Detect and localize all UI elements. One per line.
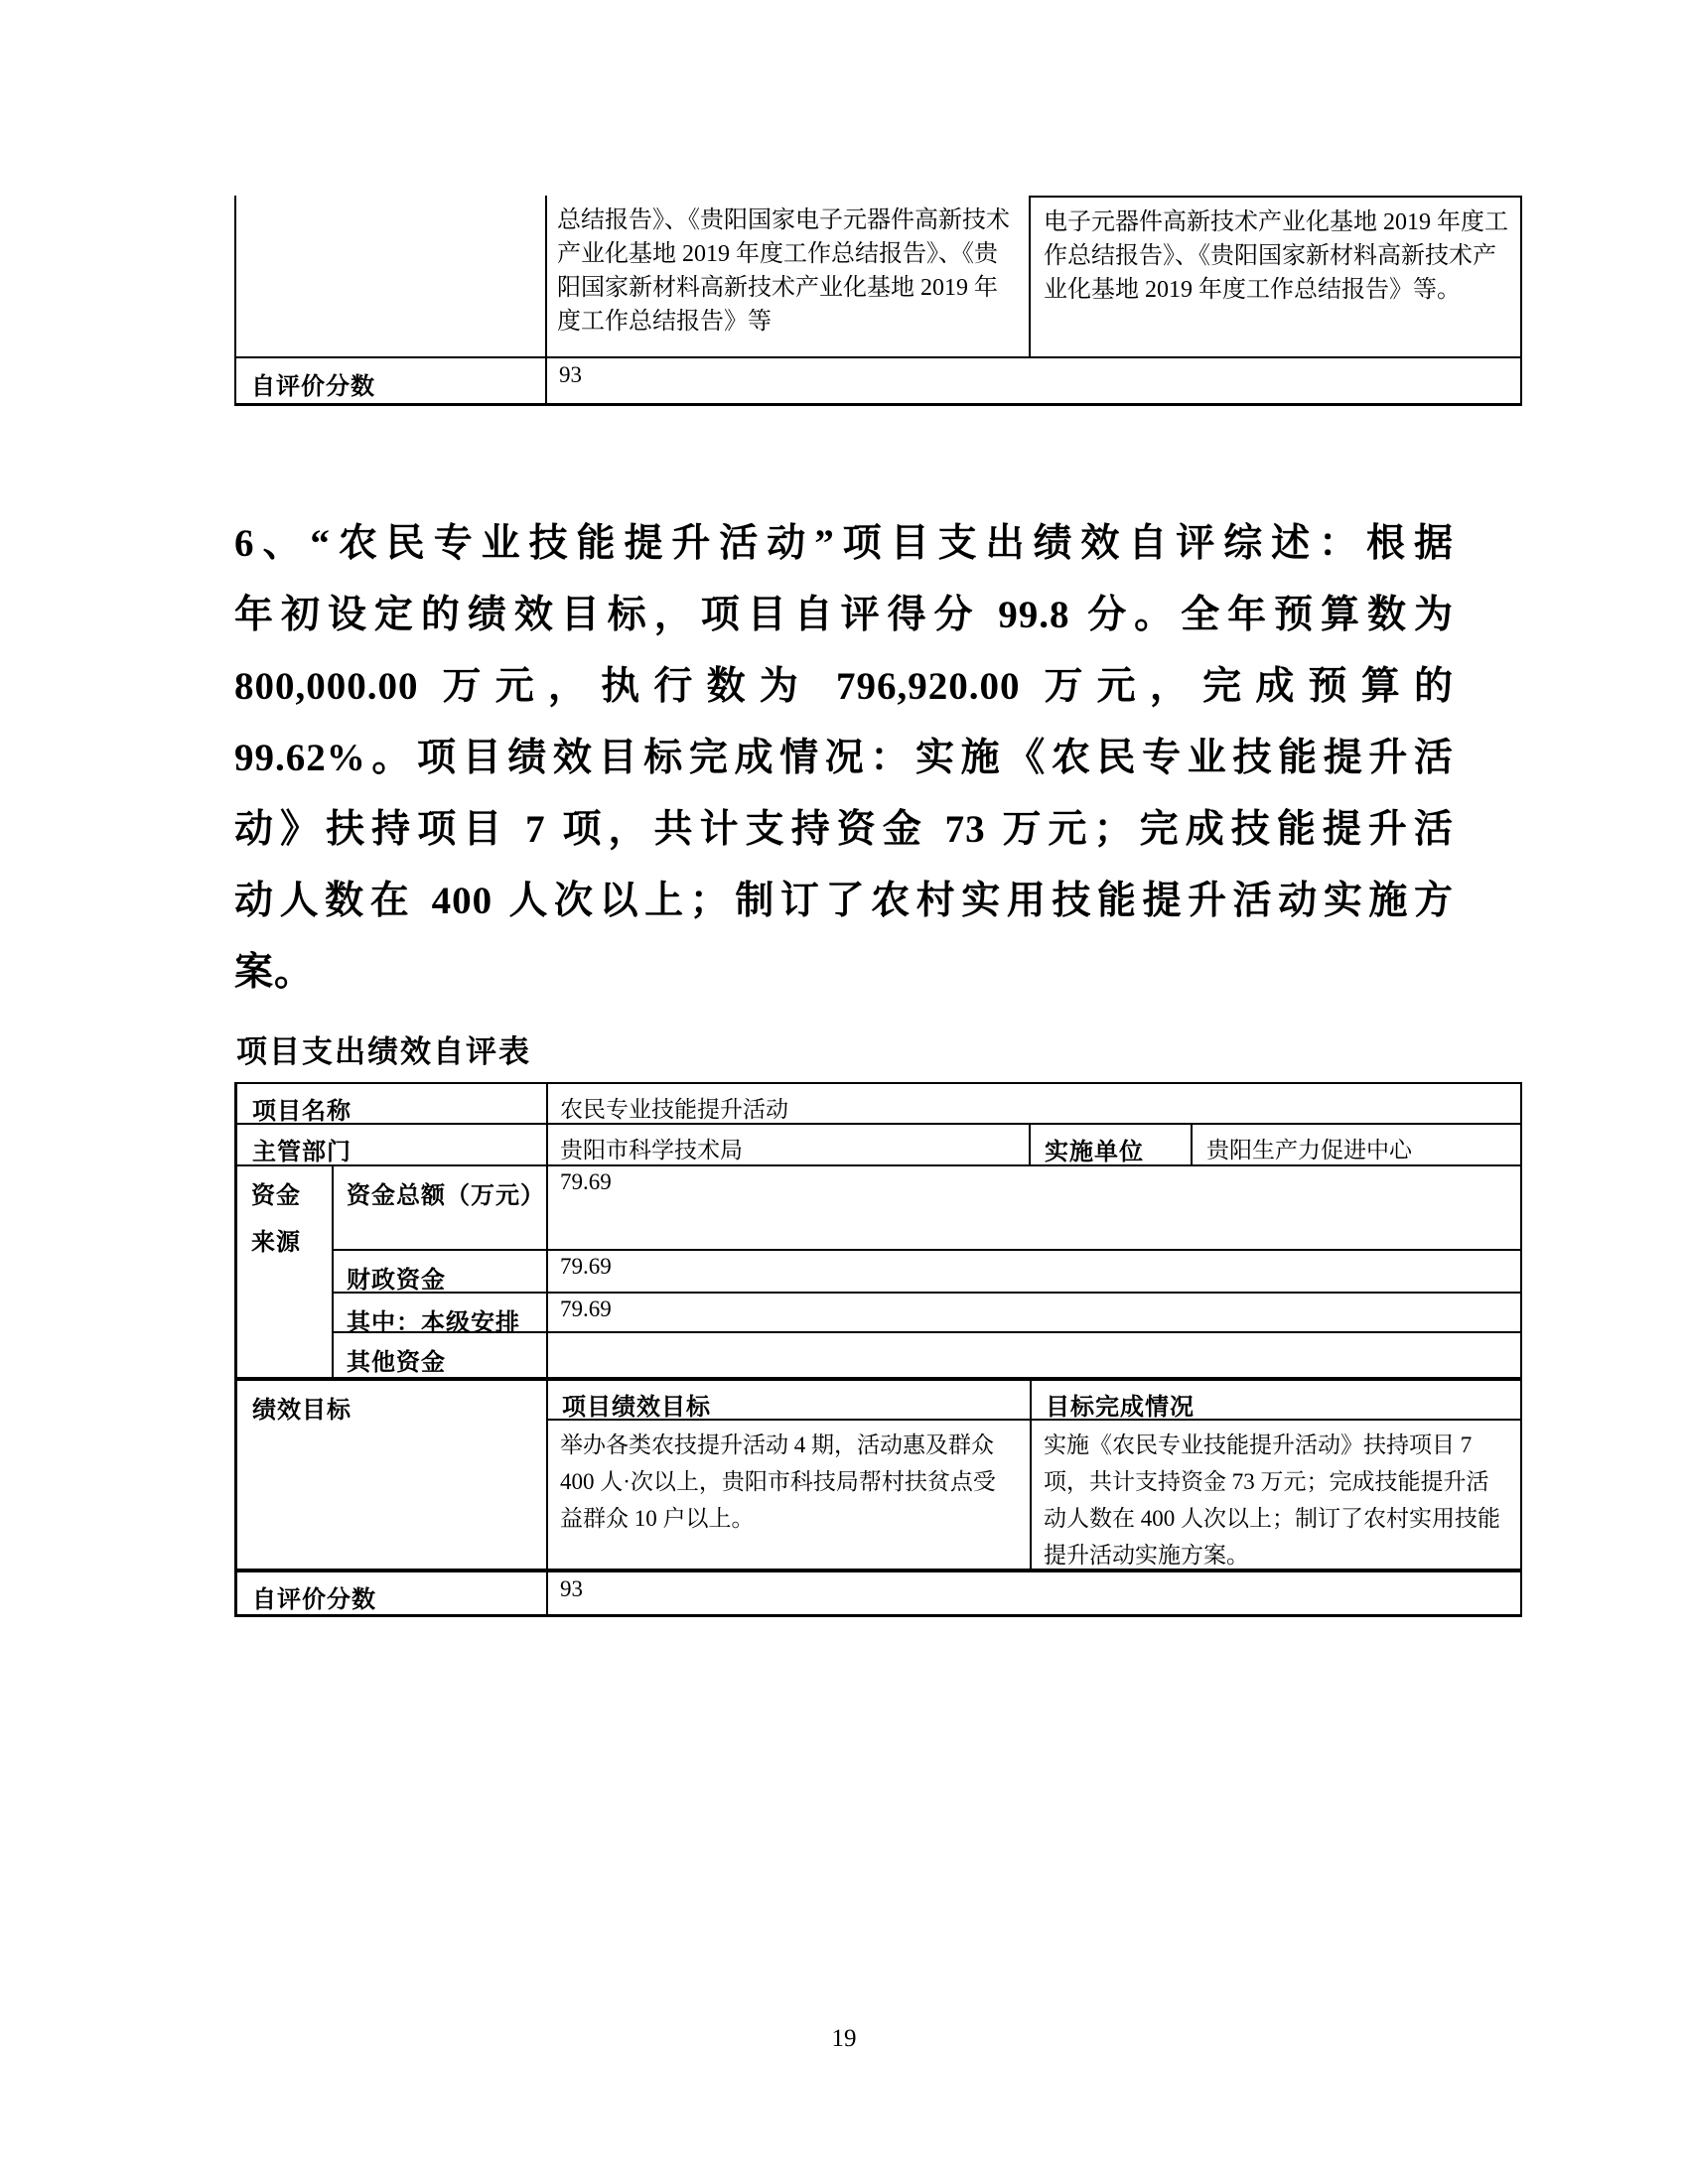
funding-total-value: 79.69 — [548, 1166, 1520, 1249]
implementer-label: 实施单位 — [1031, 1125, 1193, 1164]
implementer-value: 贵阳生产力促进中心 — [1193, 1125, 1520, 1164]
paragraph-line: 动人数在 400 人次以上；制订了农村实用技能提升活动实施方 — [234, 866, 1454, 937]
continuation-table: 总结报告》、《贵阳国家电子元器件高新技术产业化基地 2019 年度工作总结报告》… — [234, 196, 1522, 406]
funding-other-row: 其他资金 — [334, 1333, 1520, 1377]
score-value: 93 — [548, 1572, 1520, 1614]
funding-other-value — [548, 1333, 1520, 1377]
funding-total-label: 资金总额（万元） — [334, 1166, 548, 1249]
page-number: 19 — [0, 2025, 1688, 2053]
self-eval-table: 项目名称 农民专业技能提升活动 主管部门 贵阳市科学技术局 实施单位 贵阳生产力… — [234, 1082, 1522, 1617]
funding-other-label: 其他资金 — [334, 1333, 548, 1377]
performance-goal-text: 举办各类农技提升活动 4 期，活动惠及群众 400 人·次以上，贵阳市科技局帮村… — [548, 1421, 1030, 1569]
performance-completion-text: 实施《农民专业技能提升活动》扶持项目 7 项，共计支持资金 73 万元；完成技能… — [1032, 1421, 1520, 1569]
paragraph-line: 99.62%。项目绩效目标完成情况：实施《农民专业技能提升活 — [234, 723, 1454, 794]
paragraph-line: 800,000.00 万元，执行数为 796,920.00 万元，完成预算的 — [234, 651, 1454, 723]
funding-fiscal-value: 79.69 — [548, 1251, 1520, 1292]
performance-completion-header: 目标完成情况 — [1032, 1381, 1520, 1421]
continuation-goal-text-cell: 总结报告》、《贵阳国家电子元器件高新技术产业化基地 2019 年度工作总结报告》… — [547, 196, 1031, 356]
funding-rows: 资金总额（万元） 79.69 财政资金 79.69 其中：本级安排 79.69 … — [334, 1166, 1520, 1377]
funding-source-block: 资金 来源 资金总额（万元） 79.69 财政资金 79.69 其中：本级安排 … — [237, 1166, 1520, 1381]
funding-total-row: 资金总额（万元） 79.69 — [334, 1166, 1520, 1251]
department-row: 主管部门 贵阳市科学技术局 实施单位 贵阳生产力促进中心 — [237, 1125, 1520, 1166]
score-label: 自评价分数 — [237, 1572, 548, 1614]
section-6-summary-paragraph: 6、“农民专业技能提升活动”项目支出绩效自评综述：根据 年初设定的绩效目标，项目… — [234, 508, 1454, 1009]
continuation-completion-text-cell: 电子元器件高新技术产业化基地 2019 年度工作总结报告》、《贵阳国家新材料高新… — [1031, 196, 1520, 356]
performance-completion-column: 目标完成情况 实施《农民专业技能提升活动》扶持项目 7 项，共计支持资金 73 … — [1032, 1381, 1520, 1569]
paragraph-line: 年初设定的绩效目标，项目自评得分 99.8 分。全年预算数为 — [234, 580, 1454, 651]
performance-goal-header: 项目绩效目标 — [548, 1381, 1030, 1421]
continuation-score-row: 自评价分数 93 — [236, 358, 1520, 403]
performance-goal-block: 绩效目标 项目绩效目标 举办各类农技提升活动 4 期，活动惠及群众 400 人·… — [237, 1381, 1520, 1572]
project-name-value: 农民专业技能提升活动 — [548, 1084, 1520, 1123]
funding-local-label: 其中：本级安排 — [334, 1294, 548, 1331]
project-name-row: 项目名称 农民专业技能提升活动 — [237, 1084, 1520, 1125]
department-value: 贵阳市科学技术局 — [548, 1125, 1031, 1164]
score-label: 自评价分数 — [236, 358, 547, 403]
performance-goal-column: 项目绩效目标 举办各类农技提升活动 4 期，活动惠及群众 400 人·次以上，贵… — [548, 1381, 1032, 1569]
document-page: { "page_number": "19", "top_table": { "m… — [0, 0, 1688, 2184]
funding-fiscal-row: 财政资金 79.69 — [334, 1251, 1520, 1294]
continuation-empty-label-cell — [236, 196, 547, 356]
project-name-label: 项目名称 — [237, 1084, 548, 1123]
funding-source-label-line2: 来源 — [251, 1226, 332, 1273]
funding-local-value: 79.69 — [548, 1294, 1520, 1331]
performance-group-label: 绩效目标 — [237, 1381, 548, 1569]
table-title: 项目支出绩效自评表 — [236, 1026, 531, 1071]
paragraph-line: 6、“农民专业技能提升活动”项目支出绩效自评综述：根据 — [234, 508, 1454, 580]
paragraph-line: 动》扶持项目 7 项，共计支持资金 73 万元；完成技能提升活 — [234, 794, 1454, 866]
score-value: 93 — [547, 358, 1520, 403]
score-row: 自评价分数 93 — [237, 1572, 1520, 1614]
department-label: 主管部门 — [237, 1125, 548, 1164]
continuation-table-content-row: 总结报告》、《贵阳国家电子元器件高新技术产业化基地 2019 年度工作总结报告》… — [236, 196, 1520, 358]
funding-source-label-line1: 资金 — [251, 1179, 332, 1226]
funding-local-row: 其中：本级安排 79.69 — [334, 1294, 1520, 1333]
funding-fiscal-label: 财政资金 — [334, 1251, 548, 1292]
funding-source-group-label: 资金 来源 — [237, 1166, 334, 1377]
paragraph-line: 案。 — [234, 937, 1454, 1009]
